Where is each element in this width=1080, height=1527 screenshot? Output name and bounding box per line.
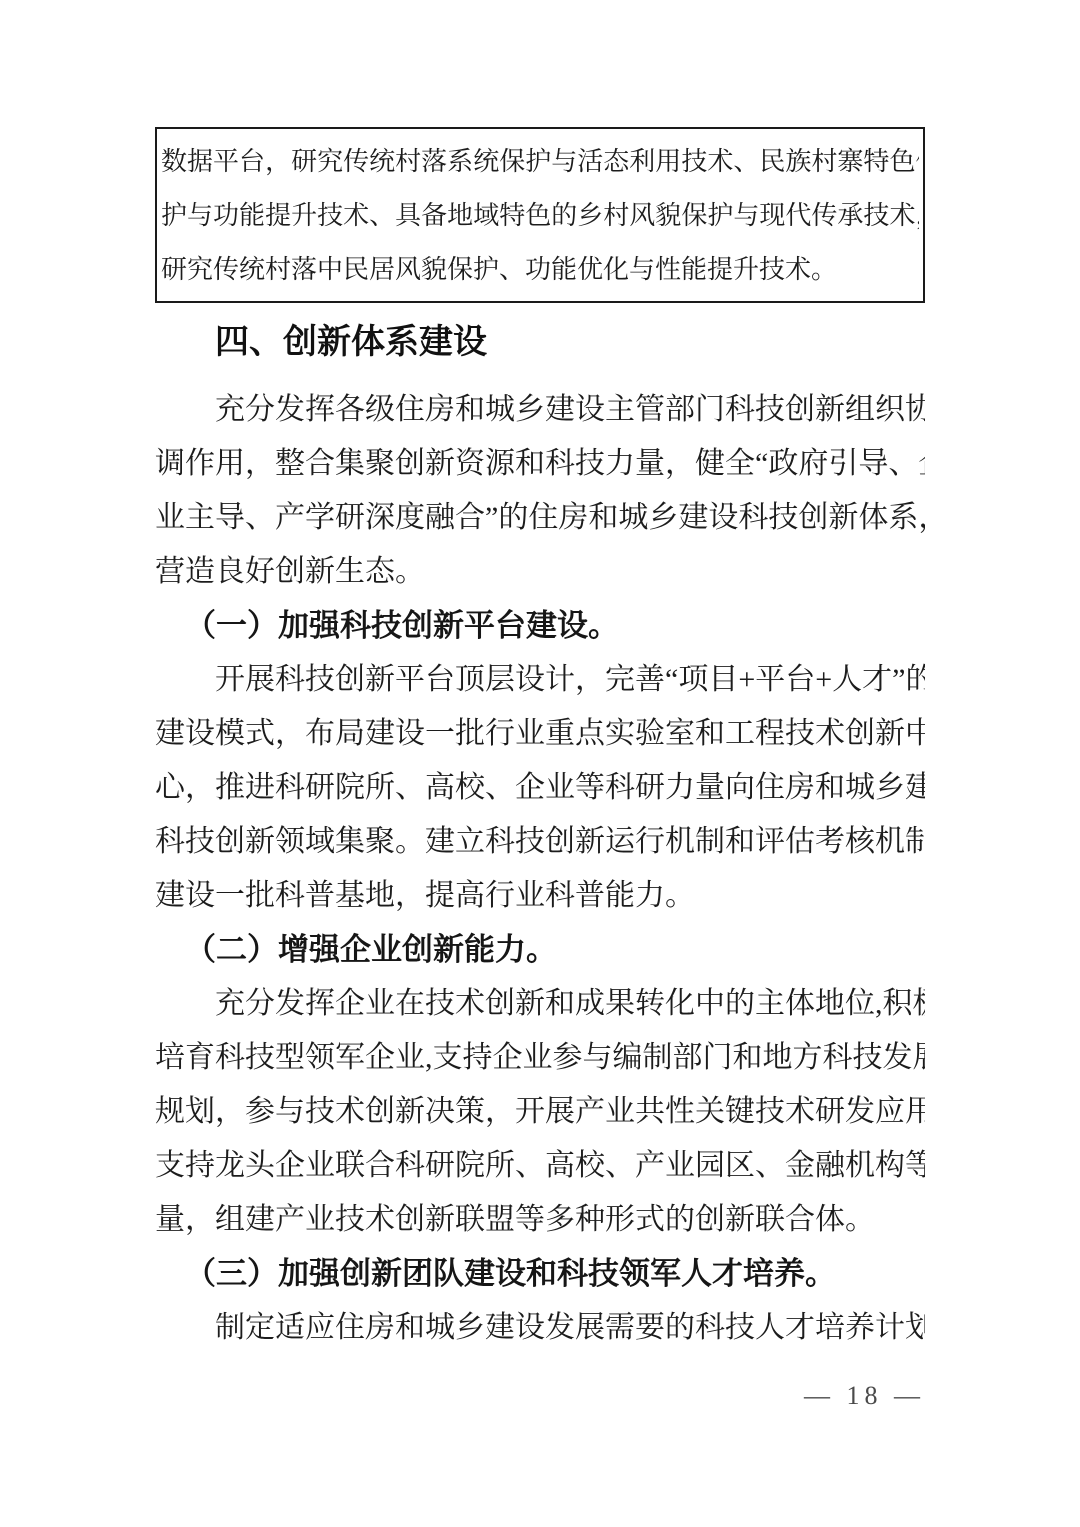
- paragraph-enterprise: 充分发挥企业在技术创新和成果转化中的主体地位,积极培育科技型领军企业,支持企业参…: [155, 977, 925, 1247]
- paragraph-platform: 开展科技创新平台顶层设计，完善“项目+平台+人才”的建设模式，布局建设一批行业重…: [155, 653, 925, 923]
- document-page: 数据平台，研究传统村落系统保护与活态利用技术、民族村寨特色保护与功能提升技术、具…: [0, 0, 1080, 1527]
- text-line: 培育科技型领军企业,支持企业参与编制部门和地方科技发展: [155, 1031, 925, 1085]
- text-line: 科技创新领域集聚。建立科技创新运行机制和评估考核机制。: [155, 815, 925, 869]
- subheading-talent: （三）加强创新团队建设和科技领军人才培养。: [155, 1247, 925, 1301]
- text-line: 建设模式，布局建设一批行业重点实验室和工程技术创新中: [155, 707, 925, 761]
- text-line: 建设一批科普基地，提高行业科普能力。: [155, 869, 925, 923]
- text-line: 充分发挥企业在技术创新和成果转化中的主体地位,积极: [155, 977, 925, 1031]
- text-line: 调作用，整合集聚创新资源和科技力量，健全“政府引导、企: [155, 437, 925, 491]
- text-line: 研究传统村落中民居风貌保护、功能优化与性能提升技术。: [161, 243, 919, 297]
- paragraph-talent: 制定适应住房和城乡建设发展需要的科技人才培养计划，: [155, 1301, 925, 1355]
- section-heading: 四、创新体系建设: [155, 321, 925, 363]
- text-line: 支持龙头企业联合科研院所、高校、产业园区、金融机构等力: [155, 1139, 925, 1193]
- text-line: 量，组建产业技术创新联盟等多种形式的创新联合体。: [155, 1193, 925, 1247]
- text-line: 制定适应住房和城乡建设发展需要的科技人才培养计划，: [155, 1301, 925, 1355]
- text-line: 护与功能提升技术、具备地域特色的乡村风貌保护与现代传承技术，: [161, 189, 919, 243]
- text-line: 心，推进科研院所、高校、企业等科研力量向住房和城乡建设: [155, 761, 925, 815]
- text-line: 开展科技创新平台顶层设计，完善“项目+平台+人才”的: [155, 653, 925, 707]
- highlight-box: 数据平台，研究传统村落系统保护与活态利用技术、民族村寨特色保护与功能提升技术、具…: [155, 127, 925, 303]
- subheading-enterprise: （二）增强企业创新能力。: [155, 923, 925, 977]
- text-line: 营造良好创新生态。: [155, 545, 925, 599]
- paragraph-intro: 充分发挥各级住房和城乡建设主管部门科技创新组织协调作用，整合集聚创新资源和科技力…: [155, 383, 925, 599]
- text-line: 数据平台，研究传统村落系统保护与活态利用技术、民族村寨特色保: [161, 135, 919, 189]
- subheading-platform: （一）加强科技创新平台建设。: [155, 599, 925, 653]
- text-line: 业主导、产学研深度融合”的住房和城乡建设科技创新体系，: [155, 491, 925, 545]
- text-line: 充分发挥各级住房和城乡建设主管部门科技创新组织协: [155, 383, 925, 437]
- text-line: 规划，参与技术创新决策，开展产业共性关键技术研发应用。: [155, 1085, 925, 1139]
- page-number: — 18 —: [155, 1381, 925, 1411]
